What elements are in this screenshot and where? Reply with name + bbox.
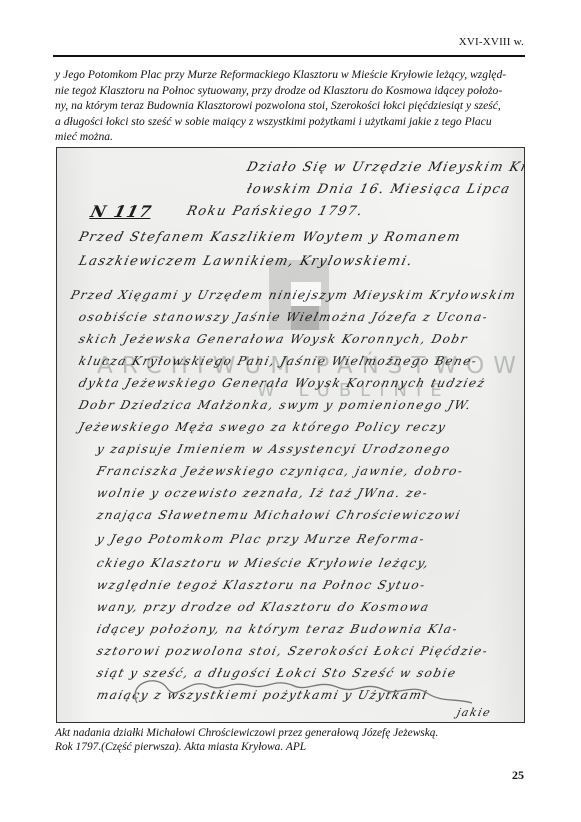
manuscript-line: Jeżewskiego Męża swego za którego Policy… bbox=[77, 420, 448, 434]
manuscript-line: osobiście stanowszy Jaśnie Wielmożna Józ… bbox=[77, 310, 490, 324]
manuscript-line: Dobr Dziedzica Małżonka, swym y pomienio… bbox=[77, 398, 473, 412]
header-divider bbox=[53, 55, 525, 57]
running-title: XVI-XVIII w. bbox=[459, 36, 524, 48]
caption-line: Akt nadania działki Michałowi Chrościewi… bbox=[55, 726, 438, 740]
manuscript-line: Roku Pańskiego 1797. bbox=[185, 204, 365, 219]
manuscript-line: wolnie y oczewisto zeznała, Iż taż JWna.… bbox=[95, 486, 430, 500]
margin-note: N 117 bbox=[89, 202, 155, 221]
manuscript-line: sztorowi pozwolona stoi, Szerokości Łokc… bbox=[95, 644, 490, 658]
manuscript-line: Przed Xięgami y Urzędem niniejszym Mieys… bbox=[69, 288, 518, 302]
figure-caption: Akt nadania działki Michałowi Chrościewi… bbox=[55, 726, 438, 754]
intro-line: ny, na którym teraz Budownia Klasztorowi… bbox=[55, 98, 525, 114]
manuscript-line: łowskim Dnia 16. Miesiąca Lipca bbox=[245, 182, 512, 197]
caption-line: Rok 1797.(Część pierwsza). Akta miasta K… bbox=[55, 740, 438, 754]
manuscript-line: skich Jeżewska Generałowa Woysk Koronnyc… bbox=[77, 332, 469, 346]
intro-line: a długości łokci sto sześć w sobie maiąc… bbox=[55, 114, 525, 130]
manuscript-line: Działo Się w Urzędzie Mieyskim Kry- bbox=[245, 160, 525, 175]
intro-line: mieć można. bbox=[55, 129, 525, 145]
manuscript-line: dykta Jeżewskiego Generała Woysk Koronny… bbox=[77, 376, 487, 390]
manuscript-line: Laszkiewiczem Lawnikiem, Krylowskiemi. bbox=[77, 254, 415, 269]
manuscript-line: idącey położony, na którym teraz Budowni… bbox=[95, 622, 460, 636]
manuscript-line: klucza Kryłowskiego Pani, Jaśnie Wielmoż… bbox=[77, 354, 479, 368]
manuscript-line: ckiego Klasztoru w Mieście Kryłowie leżą… bbox=[95, 556, 431, 570]
flourish-scroll-icon bbox=[127, 673, 487, 713]
manuscript-line: znająca Sławetnemu Michałowi Chrościewic… bbox=[95, 508, 462, 522]
intro-paragraph: y Jego Potomkom Plac przy Murze Reformac… bbox=[55, 67, 525, 145]
page-number: 25 bbox=[512, 768, 524, 783]
manuscript-line: względnie tegoż Klasztoru na Połnoc Sytu… bbox=[95, 578, 427, 592]
manuscript-scan-image: ARCHIWUM PAŃSTWOWE W LUBLINIE Działo Się… bbox=[56, 147, 525, 723]
manuscript-line: wany, przy drodze od Klasztoru do Kosmow… bbox=[95, 600, 431, 614]
intro-line: y Jego Potomkom Plac przy Murze Reformac… bbox=[55, 67, 525, 83]
manuscript-line: Przed Stefanem Kaszlikiem Woytem y Roman… bbox=[77, 230, 463, 245]
manuscript-line: y Jego Potomkom Plac przy Murze Reforma- bbox=[95, 532, 427, 546]
manuscript-line: Franciszka Jeżewskiego czyniąca, jawnie,… bbox=[95, 464, 465, 478]
intro-line: nie tegoż Klasztoru na Połnoc sytuowany,… bbox=[55, 83, 525, 99]
manuscript-line: y zapisuje Imieniem w Assystencyi Urodzo… bbox=[95, 442, 452, 456]
